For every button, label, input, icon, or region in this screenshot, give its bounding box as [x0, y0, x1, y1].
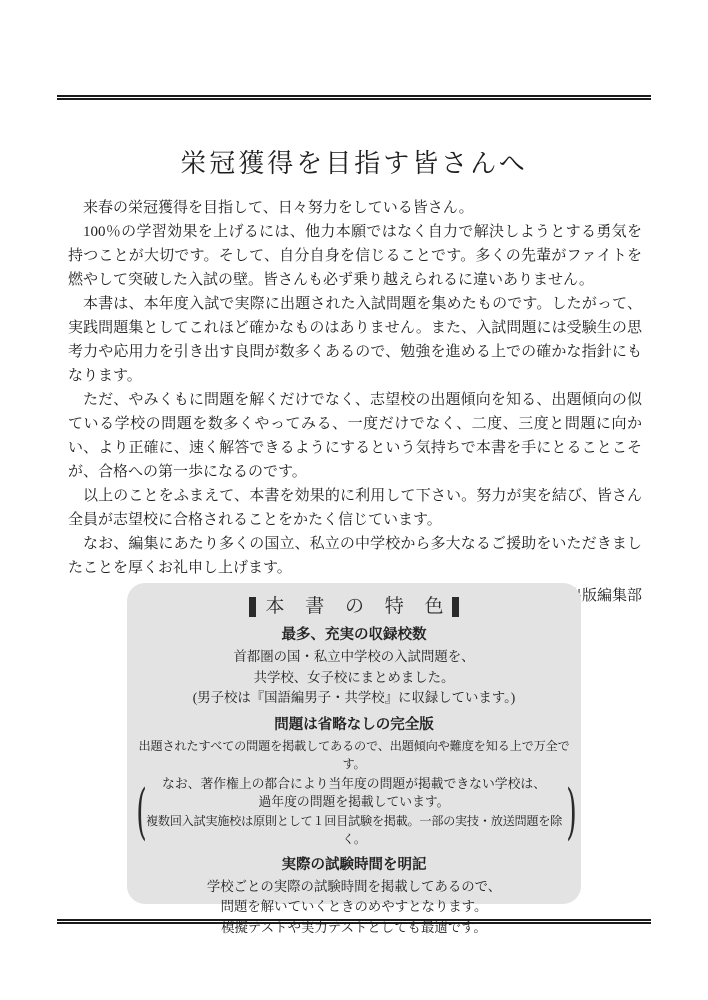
paragraph-5: 以上のことをふまえて、本書を効果的に利用して下さい。努力が実を結び、皆さん全員が… [68, 484, 642, 532]
feature-section-schools: 最多、充実の収録校数 首都圏の国・私立中学校の入試問題を、 共学校、女子校にまと… [133, 625, 575, 709]
page-title: 栄冠獲得を目指す皆さんへ [0, 0, 708, 182]
bottom-double-rule [57, 919, 651, 924]
feature-section-time: 実際の試験時間を明記 学校ごとの実際の試験時間を掲載してあるので、 問題を解いて… [133, 855, 575, 939]
paragraph-1: 来春の栄冠獲得を目指して、日々努力をしている皆さん。 [68, 196, 642, 220]
section-heading: 実際の試験時間を明記 [133, 855, 575, 875]
section-line: 首都圏の国・私立中学校の入試問題を、 [133, 647, 575, 668]
feature-box: 本 書 の 特 色 最多、充実の収録校数 首都圏の国・私立中学校の入試問題を、 … [127, 583, 581, 904]
paragraph-6: なお、編集にあたり多くの国立、私立の中学校から多大なるご援助をいただきましたこと… [68, 532, 642, 580]
top-double-rule [57, 95, 651, 100]
paragraph-4: ただ、やみくもに問題を解くだけでなく、志望校の出題傾向を知る、出題傾向の似ている… [68, 388, 642, 484]
feature-box-title: 本 書 の 特 色 [265, 595, 451, 619]
section-line: 問題を解いていくときのめやすとなります。 [133, 897, 575, 918]
section-line: (男子校は『国語編男子・共学校』に収録しています。) [133, 688, 575, 709]
section-line: 複数回入試実施校は原則として１回目試験を掲載。一部の実技・放送問題を除く。 [145, 812, 563, 849]
feature-box-header: 本 書 の 特 色 [133, 595, 575, 619]
section-line: 学校ごとの実際の試験時間を掲載してあるので、 [133, 877, 575, 898]
left-bar-icon [249, 597, 256, 617]
section-line: なお、著作権上の都合により当年度の問題が掲載できない学校は、 [145, 775, 563, 794]
left-paren-glyph: ( [136, 784, 141, 840]
right-bar-icon [452, 597, 459, 617]
section-heading: 最多、充実の収録校数 [133, 625, 575, 645]
preface-body: 来春の栄冠獲得を目指して、日々努力をしている皆さん。 100％の学習効果を上げる… [68, 196, 642, 580]
feature-section-complete: 問題は省略なしの完全版 出題されたすべての問題を掲載してあるので、出題傾向や難度… [133, 715, 575, 849]
paren-note-block: ( なお、著作権上の都合により当年度の問題が掲載できない学校は、 過年度の問題を… [133, 775, 575, 849]
section-heading: 問題は省略なしの完全版 [133, 715, 575, 735]
section-line: 過年度の問題を掲載しています。 [145, 793, 563, 812]
section-line: 出題されたすべての問題を掲載してあるので、出題傾向や難度を知る上で万全です。 [133, 737, 575, 773]
section-line: 共学校、女子校にまとめました。 [133, 668, 575, 689]
paragraph-3: 本書は、本年度入試で実際に出題された入試問題を集めたものです。したがって、実践問… [68, 292, 642, 388]
preface-page: 栄冠獲得を目指す皆さんへ 来春の栄冠獲得を目指して、日々努力をしている皆さん。 … [0, 0, 708, 1000]
paragraph-2: 100％の学習効果を上げるには、他力本願ではなく自力で解決しようとする勇気を持つ… [68, 220, 642, 292]
right-paren-glyph: ) [566, 784, 571, 840]
paren-note-lines: なお、著作権上の都合により当年度の問題が掲載できない学校は、 過年度の問題を掲載… [145, 775, 563, 849]
